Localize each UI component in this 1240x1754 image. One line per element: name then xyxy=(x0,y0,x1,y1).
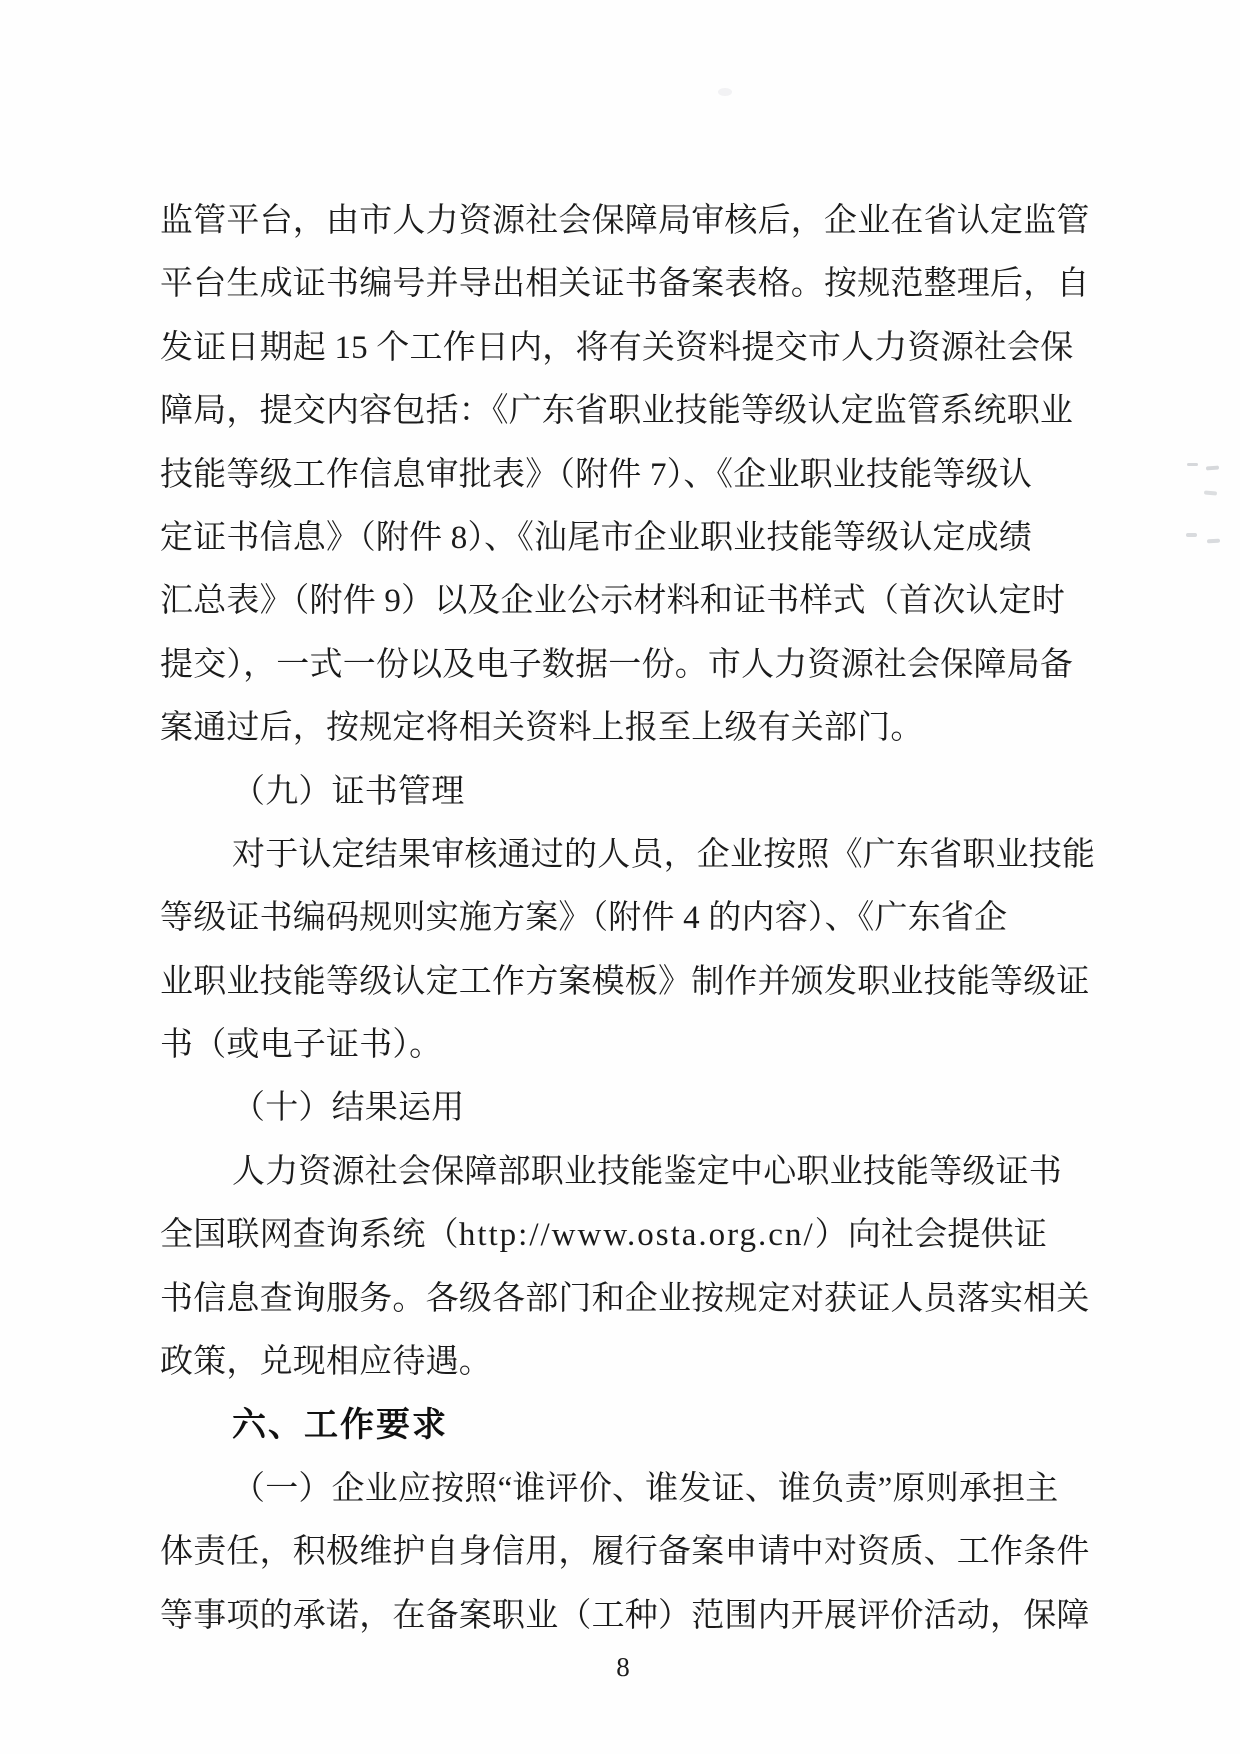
scan-artifact xyxy=(1204,490,1217,495)
paragraph-line: 提交），一式一份以及电子数据一份。市人力资源社会保障局备 xyxy=(160,634,1095,697)
url-line-prefix: 全国联网查询系统（ xyxy=(160,1217,459,1253)
section-heading-nine: （九）证书管理 xyxy=(160,761,1095,824)
paragraph-line: 人力资源社会保障部职业技能鉴定中心职业技能等级证书 xyxy=(160,1141,1095,1204)
scan-artifact xyxy=(1206,466,1219,471)
paragraph-line: （一）企业应按照“谁评价、谁发证、谁负责”原则承担主 xyxy=(160,1458,1095,1521)
paragraph-line: 障局，提交内容包括：《广东省职业技能等级认定监管系统职业 xyxy=(160,380,1095,443)
osta-url-text: http://www.osta.org.cn/ xyxy=(459,1217,815,1253)
paragraph-line: 技能等级工作信息审批表》（附件 7）、《企业职业技能等级认 xyxy=(160,444,1095,507)
page-number: 8 xyxy=(0,1652,1240,1683)
paragraph-line: 案通过后，按规定将相关资料上报至上级有关部门。 xyxy=(160,697,1095,760)
section-heading-six: 六、工作要求 xyxy=(160,1394,1095,1457)
url-line-suffix: ）向社会提供证 xyxy=(815,1217,1047,1253)
paragraph-line: 监管平台，由市人力资源社会保障局审核后，企业在省认定监管 xyxy=(160,190,1095,253)
paragraph-line: 发证日期起 15 个工作日内，将有关资料提交市人力资源社会保 xyxy=(160,317,1095,380)
paragraph-line: 政策，兑现相应待遇。 xyxy=(160,1331,1095,1394)
paragraph-line-with-url: 全国联网查询系统（http://www.osta.org.cn/）向社会提供证 xyxy=(160,1204,1095,1267)
paragraph-line: 等级证书编码规则实施方案》（附件 4 的内容）、《广东省企 xyxy=(160,887,1095,950)
section-heading-ten: （十）结果运用 xyxy=(160,1077,1095,1140)
scan-artifact xyxy=(1207,539,1220,544)
paragraph-line: 定证书信息》（附件 8）、《汕尾市企业职业技能等级认定成绩 xyxy=(160,507,1095,570)
scan-smudge xyxy=(718,88,732,96)
scan-artifact xyxy=(1187,463,1198,466)
scan-artifact xyxy=(1186,533,1197,537)
paragraph-line: 等事项的承诺，在备案职业（工种）范围内开展评价活动，保障 xyxy=(160,1585,1095,1648)
document-text-block: 监管平台，由市人力资源社会保障局审核后，企业在省认定监管 平台生成证书编号并导出… xyxy=(160,190,1095,1648)
paragraph-line: 对于认定结果审核通过的人员，企业按照《广东省职业技能 xyxy=(160,824,1095,887)
paragraph-line: 业职业技能等级认定工作方案模板》制作并颁发职业技能等级证 xyxy=(160,951,1095,1014)
paragraph-line: 书信息查询服务。各级各部门和企业按规定对获证人员落实相关 xyxy=(160,1268,1095,1331)
paragraph-line: 平台生成证书编号并导出相关证书备案表格。按规范整理后，自 xyxy=(160,253,1095,316)
paragraph-line: 汇总表》（附件 9）以及企业公示材料和证书样式（首次认定时 xyxy=(160,570,1095,633)
paragraph-line: 书（或电子证书）。 xyxy=(160,1014,1095,1077)
paragraph-line: 体责任，积极维护自身信用，履行备案申请中对资质、工作条件 xyxy=(160,1521,1095,1584)
document-page: 监管平台，由市人力资源社会保障局审核后，企业在省认定监管 平台生成证书编号并导出… xyxy=(0,0,1240,1754)
